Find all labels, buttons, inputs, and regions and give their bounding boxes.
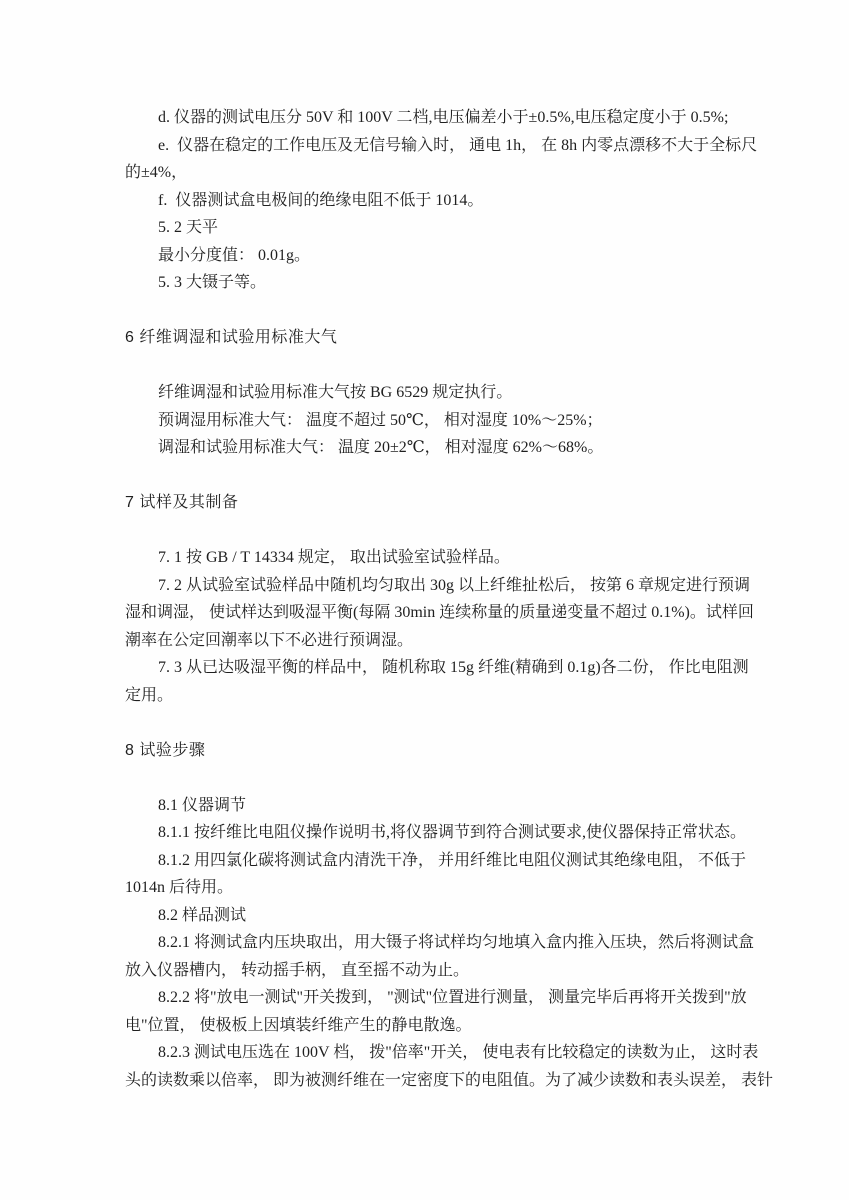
text-line: 最小分度值： 0.01g。 bbox=[125, 242, 727, 270]
section-heading: 6 纤维调湿和试验用标准大气 bbox=[125, 324, 727, 352]
document-page: d. 仪器的测试电压分 50V 和 100V 二档,电压偏差小于±0.5%,电压… bbox=[0, 0, 849, 1200]
text-line: 定用。 bbox=[125, 682, 727, 710]
text-line: 8.2.2 将"放电一测试"开关拨到， "测试"位置进行测量， 测量完毕后再将开… bbox=[125, 984, 727, 1012]
section-heading: 7 试样及其制备 bbox=[125, 489, 727, 517]
text-line: 8.1 仪器调节 bbox=[125, 792, 727, 820]
text-line: 电"位置， 使极板上因填装纤维产生的静电散逸。 bbox=[125, 1012, 727, 1040]
text-line: 潮率在公定回潮率以下不必进行预调湿。 bbox=[125, 627, 727, 655]
text-line: 7. 1 按 GB / T 14334 规定， 取出试验室试验样品。 bbox=[125, 544, 727, 572]
text-line: 8.2 样品测试 bbox=[125, 902, 727, 930]
text-line: 的±4%， bbox=[125, 159, 727, 187]
text-line: 头的读数乘以倍率， 即为被测纤维在一定密度下的电阻值。为了减少读数和表头误差， … bbox=[125, 1067, 727, 1095]
text-line: 8.1.1 按纤维比电阻仪操作说明书,将仪器调节到符合测试要求,使仪器保持正常状… bbox=[125, 819, 727, 847]
document-body: d. 仪器的测试电压分 50V 和 100V 二档,电压偏差小于±0.5%,电压… bbox=[125, 104, 727, 1094]
text-line: 8.2.3 测试电压选在 100V 档， 拨"倍率"开关， 使电表有比较稳定的读… bbox=[125, 1039, 727, 1067]
text-line: 7. 3 从已达吸湿平衡的样品中， 随机称取 15g 纤维(精确到 0.1g)各… bbox=[125, 654, 727, 682]
section-heading: 8 试验步骤 bbox=[125, 737, 727, 765]
text-line: 8.1.2 用四氯化碳将测试盒内清洗干净， 并用纤维比电阻仪测试其绝缘电阻， 不… bbox=[125, 847, 727, 875]
text-line: 放入仪器槽内， 转动摇手柄， 直至摇不动为止。 bbox=[125, 957, 727, 985]
text-line: 5. 2 天平 bbox=[125, 214, 727, 242]
text-line: 1014n 后待用。 bbox=[125, 874, 727, 902]
text-line: 调湿和试验用标准大气： 温度 20±2℃， 相对湿度 62%～68%。 bbox=[125, 434, 727, 462]
text-line: 5. 3 大镊子等。 bbox=[125, 269, 727, 297]
text-line: 8.2.1 将测试盒内压块取出，用大镊子将试样均匀地填入盒内推入压块，然后将测试… bbox=[125, 929, 727, 957]
text-line: 纤维调湿和试验用标准大气按 BG 6529 规定执行。 bbox=[125, 379, 727, 407]
text-line: f. 仪器测试盒电极间的绝缘电阻不低于 1014。 bbox=[125, 187, 727, 215]
text-line: 湿和调湿， 使试样达到吸湿平衡(每隔 30min 连续称量的质量递变量不超过 0… bbox=[125, 599, 727, 627]
text-line: 预调湿用标准大气： 温度不超过 50℃， 相对湿度 10%～25%； bbox=[125, 407, 727, 435]
text-line: d. 仪器的测试电压分 50V 和 100V 二档,电压偏差小于±0.5%,电压… bbox=[125, 104, 727, 132]
text-line: e. 仪器在稳定的工作电压及无信号输入时， 通电 1h， 在 8h 内零点漂移不… bbox=[125, 132, 727, 160]
text-line: 7. 2 从试验室试验样品中随机均匀取出 30g 以上纤维扯松后， 按第 6 章… bbox=[125, 572, 727, 600]
